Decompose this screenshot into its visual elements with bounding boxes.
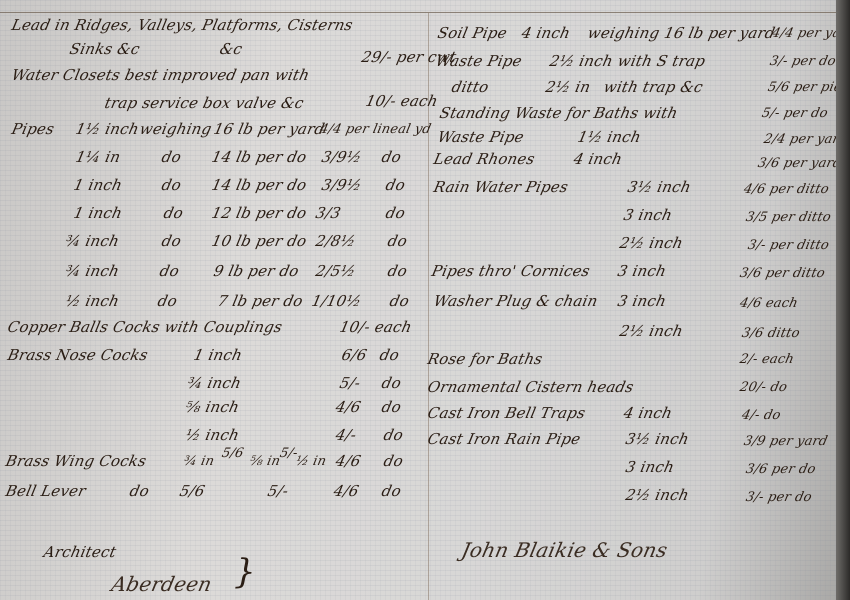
left-entry-5-size: 1 inch: [72, 204, 124, 222]
right-entry-2-size: 2½ in: [544, 78, 592, 96]
left-entry-5-ditto: do: [162, 204, 185, 222]
left-entry-14-unit: do: [382, 452, 405, 470]
left-entry-14-s1: 5/6: [220, 446, 245, 461]
left-entry-6-unit: do: [386, 232, 409, 250]
right-entry-3-item: Standing Waste for Baths with: [438, 104, 679, 122]
left-entry-1-item2: trap service box valve &c: [103, 94, 305, 112]
left-entry-8-price: 1/10½: [310, 292, 363, 310]
left-entry-1-price: 10/- each: [364, 92, 439, 110]
left-entry-7-size: ¾ inch: [64, 262, 121, 280]
left-entry-12-unit: do: [380, 398, 403, 416]
left-entry-5-unit: do: [384, 204, 407, 222]
left-entry-11-size: ¾ inch: [186, 374, 243, 392]
right-entry-3-price: 5/- per do: [760, 106, 829, 121]
right-entry-9-price: 3/6 per ditto: [738, 266, 826, 281]
left-entry-3-price: 3/9½: [320, 148, 363, 166]
left-entry-10-unit: do: [378, 346, 401, 364]
right-entry-13-price: 20/- do: [738, 380, 788, 395]
right-entry-14-price: 4/- do: [740, 408, 782, 423]
left-entry-1-item: Water Closets best improved pan with: [10, 66, 311, 84]
left-entry-13-price: 4/-: [334, 426, 358, 444]
right-entry-0-item: Soil Pipe: [436, 24, 509, 42]
left-entry-2-ditto: weighing: [138, 120, 213, 138]
brace-icon: }: [234, 552, 256, 592]
left-entry-14-item: Brass Wing Cocks: [4, 452, 148, 470]
right-entry-13-item: Ornamental Cistern heads: [426, 378, 635, 396]
right-entry-17-price: 3/- per do: [744, 490, 813, 505]
left-entry-2-price: 4/4 per lineal yd: [318, 122, 432, 137]
right-entry-0-desc: weighing 16 lb per yard: [586, 24, 777, 42]
right-entry-6-size: 3½ inch: [626, 178, 693, 196]
footer-aberdeen: Aberdeen: [109, 572, 214, 596]
right-entry-6-item: Rain Water Pipes: [432, 178, 570, 196]
right-entry-4-size: 1½ inch: [576, 128, 643, 146]
left-entry-6-size: ¾ inch: [64, 232, 121, 250]
left-entry-10-price: 6/6: [340, 346, 369, 364]
left-entry-2-weight: 16 lb per yard: [212, 120, 326, 138]
left-entry-0-item: Lead in Ridges, Valleys, Platforms, Cist…: [10, 16, 354, 34]
document-sheet: Lead in Ridges, Valleys, Platforms, Cist…: [0, 0, 838, 600]
right-entry-6-price: 4/6 per ditto: [742, 182, 830, 197]
right-entry-10-price: 4/6 each: [738, 296, 799, 311]
left-entry-4-weight: 14 lb per do: [210, 176, 308, 194]
right-entry-1-desc: with S trap: [616, 52, 707, 70]
signature: John Blaikie & Sons: [459, 538, 669, 562]
right-entry-14-item: Cast Iron Bell Traps: [426, 404, 587, 422]
left-entry-11-unit: do: [380, 374, 403, 392]
right-entry-5-item: Lead Rhones: [432, 150, 536, 168]
left-entry-9-price: 10/- each: [338, 318, 413, 336]
frame-edge: [836, 0, 850, 600]
right-entry-2-desc: with trap &c: [602, 78, 705, 96]
left-entry-15-unit: do: [380, 482, 403, 500]
left-entry-12-price: 4/6: [334, 398, 363, 416]
left-entry-6-weight: 10 lb per do: [210, 232, 308, 250]
left-entry-2-item: Pipes: [10, 120, 56, 138]
right-entry-16-size: 3 inch: [624, 458, 676, 476]
left-entry-15-price: 4/6: [332, 482, 361, 500]
right-entry-4-item: Waste Pipe: [436, 128, 526, 146]
right-entry-15-price: 3/9 per yard: [742, 434, 829, 449]
left-entry-14-s2: ⅝ in: [248, 454, 281, 469]
left-entry-7-weight: 9 lb per do: [212, 262, 301, 280]
top-rule: [0, 12, 838, 13]
left-entry-4-ditto: do: [160, 176, 183, 194]
left-entry-6-ditto: do: [160, 232, 183, 250]
left-entry-3-weight: 14 lb per do: [210, 148, 308, 166]
left-entry-10-item: Brass Nose Cocks: [6, 346, 150, 364]
left-entry-10-size: 1 inch: [192, 346, 244, 364]
left-entry-14-size: ¾ in: [182, 454, 215, 469]
left-entry-14-s4: ½ in: [294, 454, 327, 469]
left-entry-7-unit: do: [386, 262, 409, 280]
left-entry-9-item: Copper Balls Cocks with Couplings: [6, 318, 284, 336]
right-entry-11-size: 2½ inch: [618, 322, 685, 340]
right-entry-10-item: Washer Plug & chain: [432, 292, 599, 310]
right-entry-8-size: 2½ inch: [618, 234, 685, 252]
left-entry-8-weight: 7 lb per do: [216, 292, 305, 310]
left-entry-11-price: 5/-: [338, 374, 362, 392]
left-entry-13-size: ½ inch: [184, 426, 241, 444]
right-entry-15-item: Cast Iron Rain Pipe: [426, 430, 582, 448]
left-entry-14-price: 4/6: [334, 452, 363, 470]
right-entry-7-price: 3/5 per ditto: [744, 210, 832, 225]
right-entry-8-price: 3/- per ditto: [746, 238, 830, 253]
left-entry-15-ditto: do: [128, 482, 151, 500]
right-entry-7-size: 3 inch: [622, 206, 674, 224]
left-entry-7-price: 2/5½: [314, 262, 357, 280]
right-entry-14-size: 4 inch: [622, 404, 674, 422]
right-entry-1-price: 3/- per do: [768, 54, 837, 69]
left-entry-15-s3: 5/-: [266, 482, 290, 500]
right-entry-12-item: Rose for Baths: [426, 350, 544, 368]
left-entry-7-ditto: do: [158, 262, 181, 280]
left-entry-4-price: 3/9½: [320, 176, 363, 194]
left-entry-3-unit: do: [380, 148, 403, 166]
right-entry-9-item: Pipes thro' Cornices: [430, 262, 592, 280]
right-entry-5-price: 3/6 per yard: [756, 156, 843, 171]
left-entry-5-weight: 12 lb per do: [210, 204, 308, 222]
right-entry-15-size: 3½ inch: [624, 430, 691, 448]
right-entry-16-price: 3/6 per do: [744, 462, 817, 477]
left-entry-15-item: Bell Lever: [4, 482, 87, 500]
right-entry-12-price: 2/- each: [738, 352, 795, 367]
right-entry-17-size: 2½ inch: [624, 486, 691, 504]
left-entry-3-size: 1¼ in: [74, 148, 122, 166]
left-entry-8-unit: do: [388, 292, 411, 310]
right-entry-1-item: Waste Pipe: [434, 52, 524, 70]
left-entry-0-mid: &c: [218, 40, 244, 58]
left-entry-4-unit: do: [384, 176, 407, 194]
footer-architect: Architect: [42, 543, 118, 561]
left-entry-0-item2: Sinks &c: [68, 40, 141, 58]
left-entry-6-price: 2/8½: [314, 232, 357, 250]
left-entry-12-size: ⅝ inch: [184, 398, 241, 416]
right-entry-0-size: 4 inch: [520, 24, 572, 42]
left-entry-8-ditto: do: [156, 292, 179, 310]
left-entry-15-s1: 5/6: [178, 482, 207, 500]
right-entry-2-item: ditto: [450, 78, 490, 96]
left-entry-13-unit: do: [382, 426, 405, 444]
left-entry-2-size: 1½ inch: [74, 120, 141, 138]
right-entry-9-size: 3 inch: [616, 262, 668, 280]
left-entry-4-size: 1 inch: [72, 176, 124, 194]
left-entry-8-size: ½ inch: [64, 292, 121, 310]
right-entry-1-size: 2½ inch: [548, 52, 615, 70]
right-entry-10-size: 3 inch: [616, 292, 668, 310]
left-entry-5-price: 3/3: [314, 204, 343, 222]
right-entry-5-size: 4 inch: [572, 150, 624, 168]
left-entry-3-ditto: do: [160, 148, 183, 166]
right-entry-11-price: 3/6 ditto: [740, 326, 801, 341]
